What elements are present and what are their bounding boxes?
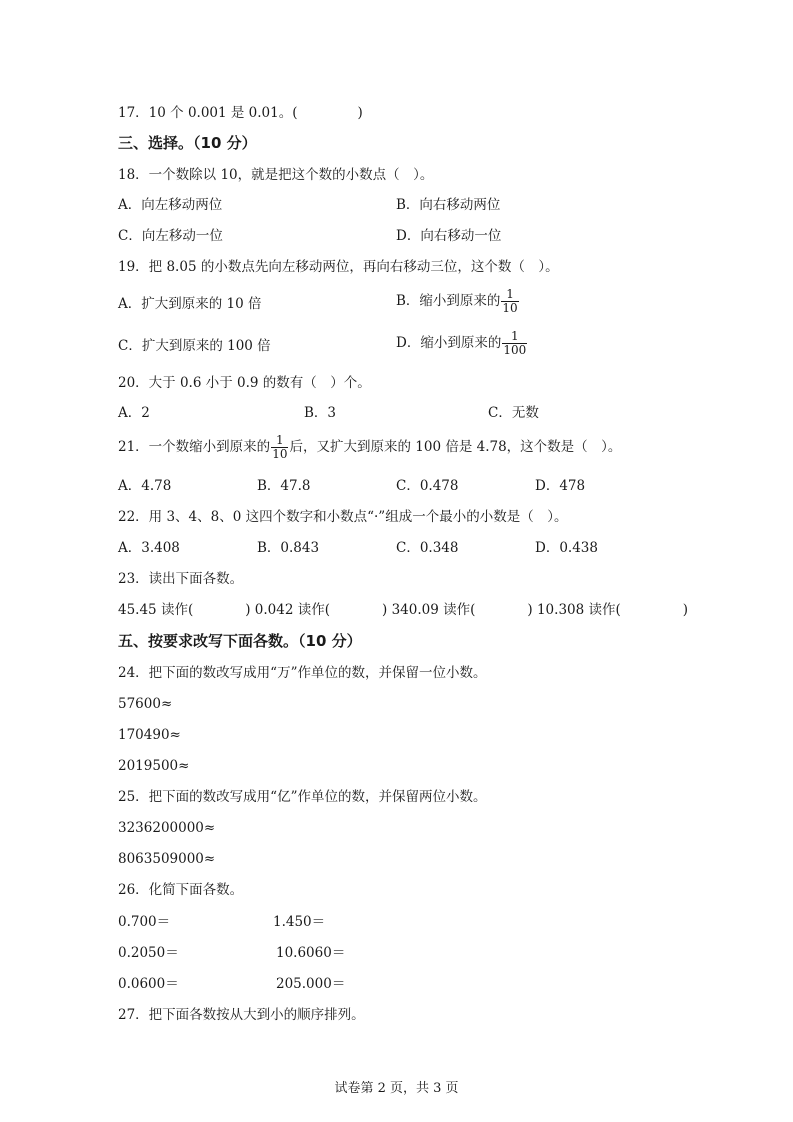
paren-close: ) xyxy=(683,602,688,618)
question-21: 21．一个数缩小到原来的110后，又扩大到原来的 100 倍是 4.78，这个数… xyxy=(118,434,621,461)
question-20-text: 20．大于 0.6 小于 0.9 的数有（ ）个。 xyxy=(118,374,371,392)
option-19-c[interactable]: C．扩大到原来的 100 倍 xyxy=(118,337,271,355)
question-18-text: 18．一个数除以 10，就是把这个数的小数点（ ）。 xyxy=(118,166,433,184)
section-3-heading: 三、选择。（10 分） xyxy=(118,133,257,153)
fraction-denominator: 100 xyxy=(502,343,527,357)
q26-left-3[interactable]: 0.0600＝ xyxy=(118,975,179,993)
question-22-text: 22．用 3、4、8、0 这四个数字和小数点“·”组成一个最小的小数是（ ）。 xyxy=(118,508,567,526)
q25-item-2[interactable]: 8063509000≈ xyxy=(118,850,215,868)
option-18-a[interactable]: A．向左移动两位 xyxy=(118,196,222,214)
q24-item-1[interactable]: 57600≈ xyxy=(118,695,172,713)
option-22-b[interactable]: B．0.843 xyxy=(257,539,319,557)
fraction-denominator: 10 xyxy=(271,447,288,461)
question-23-text: 23．读出下面各数。 xyxy=(118,570,243,588)
fraction: 110 xyxy=(271,434,288,461)
read-item: 340.09 读作( xyxy=(392,602,476,618)
q26-right-2[interactable]: 10.6060＝ xyxy=(276,944,345,962)
option-19-d[interactable]: D．缩小到原来的1100 xyxy=(396,330,528,357)
read-item: 45.45 读作( xyxy=(118,602,193,618)
read-item: 10.308 读作( xyxy=(537,602,621,618)
option-22-d[interactable]: D．0.438 xyxy=(535,539,598,557)
question-24-text: 24．把下面的数改写成用“万”作单位的数，并保留一位小数。 xyxy=(118,664,486,682)
question-27-text: 27．把下面各数按从大到小的顺序排列。 xyxy=(118,1006,365,1024)
paren-close: ) xyxy=(358,105,363,121)
fraction: 1100 xyxy=(502,330,527,357)
fraction-numerator: 1 xyxy=(271,434,288,447)
question-21-text-after: 后，又扩大到原来的 100 倍是 4.78，这个数是（ ）。 xyxy=(289,439,621,455)
paren-close: ) xyxy=(382,602,387,618)
section-5-heading: 五、按要求改写下面各数。（10 分） xyxy=(118,631,362,651)
q26-right-1[interactable]: 1.450＝ xyxy=(273,913,325,931)
option-22-c[interactable]: C．0.348 xyxy=(396,539,458,557)
paren-close: ) xyxy=(245,602,250,618)
question-21-text-before: 21．一个数缩小到原来的 xyxy=(118,439,270,455)
q26-left-1[interactable]: 0.700＝ xyxy=(118,913,170,931)
option-20-a[interactable]: A．2 xyxy=(118,404,150,422)
option-21-d[interactable]: D．478 xyxy=(535,477,585,495)
question-17-text: 17．10 个 0.001 是 0.01。( xyxy=(118,105,298,121)
question-25-text: 25．把下面的数改写成用“亿”作单位的数，并保留两位小数。 xyxy=(118,788,486,806)
option-19-b-label: B．缩小到原来的 xyxy=(396,293,500,309)
option-19-b[interactable]: B．缩小到原来的110 xyxy=(396,288,520,315)
q25-item-1[interactable]: 3236200000≈ xyxy=(118,819,215,837)
option-19-a[interactable]: A．扩大到原来的 10 倍 xyxy=(118,295,262,313)
option-22-a[interactable]: A．3.408 xyxy=(118,539,180,557)
fraction-numerator: 1 xyxy=(502,330,527,343)
option-18-c[interactable]: C．向左移动一位 xyxy=(118,227,223,245)
option-18-b[interactable]: B．向右移动两位 xyxy=(396,196,500,214)
question-26-text: 26．化简下面各数。 xyxy=(118,881,243,899)
q26-left-2[interactable]: 0.2050＝ xyxy=(118,944,179,962)
page-footer: 试卷第 2 页，共 3 页 xyxy=(0,1077,793,1096)
fraction-denominator: 10 xyxy=(501,301,518,315)
question-23-items: 45.45 读作() 0.042 读作() 340.09 读作() 10.308… xyxy=(118,601,688,619)
option-18-d[interactable]: D．向右移动一位 xyxy=(396,227,501,245)
option-21-b[interactable]: B．47.8 xyxy=(257,477,310,495)
fraction-numerator: 1 xyxy=(501,288,518,301)
option-20-b[interactable]: B．3 xyxy=(304,404,336,422)
fraction: 110 xyxy=(501,288,518,315)
question-19-text: 19．把 8.05 的小数点先向左移动两位，再向右移动三位，这个数（ ）。 xyxy=(118,258,559,276)
option-21-a[interactable]: A．4.78 xyxy=(118,477,171,495)
paren-close: ) xyxy=(527,602,532,618)
q26-right-3[interactable]: 205.000＝ xyxy=(276,975,345,993)
q24-item-3[interactable]: 2019500≈ xyxy=(118,757,189,775)
option-20-c[interactable]: C．无数 xyxy=(488,404,539,422)
q24-item-2[interactable]: 170490≈ xyxy=(118,726,181,744)
option-19-d-label: D．缩小到原来的 xyxy=(396,335,501,351)
question-17: 17．10 个 0.001 是 0.01。() xyxy=(118,104,363,122)
read-item: 0.042 读作( xyxy=(255,602,330,618)
option-21-c[interactable]: C．0.478 xyxy=(396,477,458,495)
